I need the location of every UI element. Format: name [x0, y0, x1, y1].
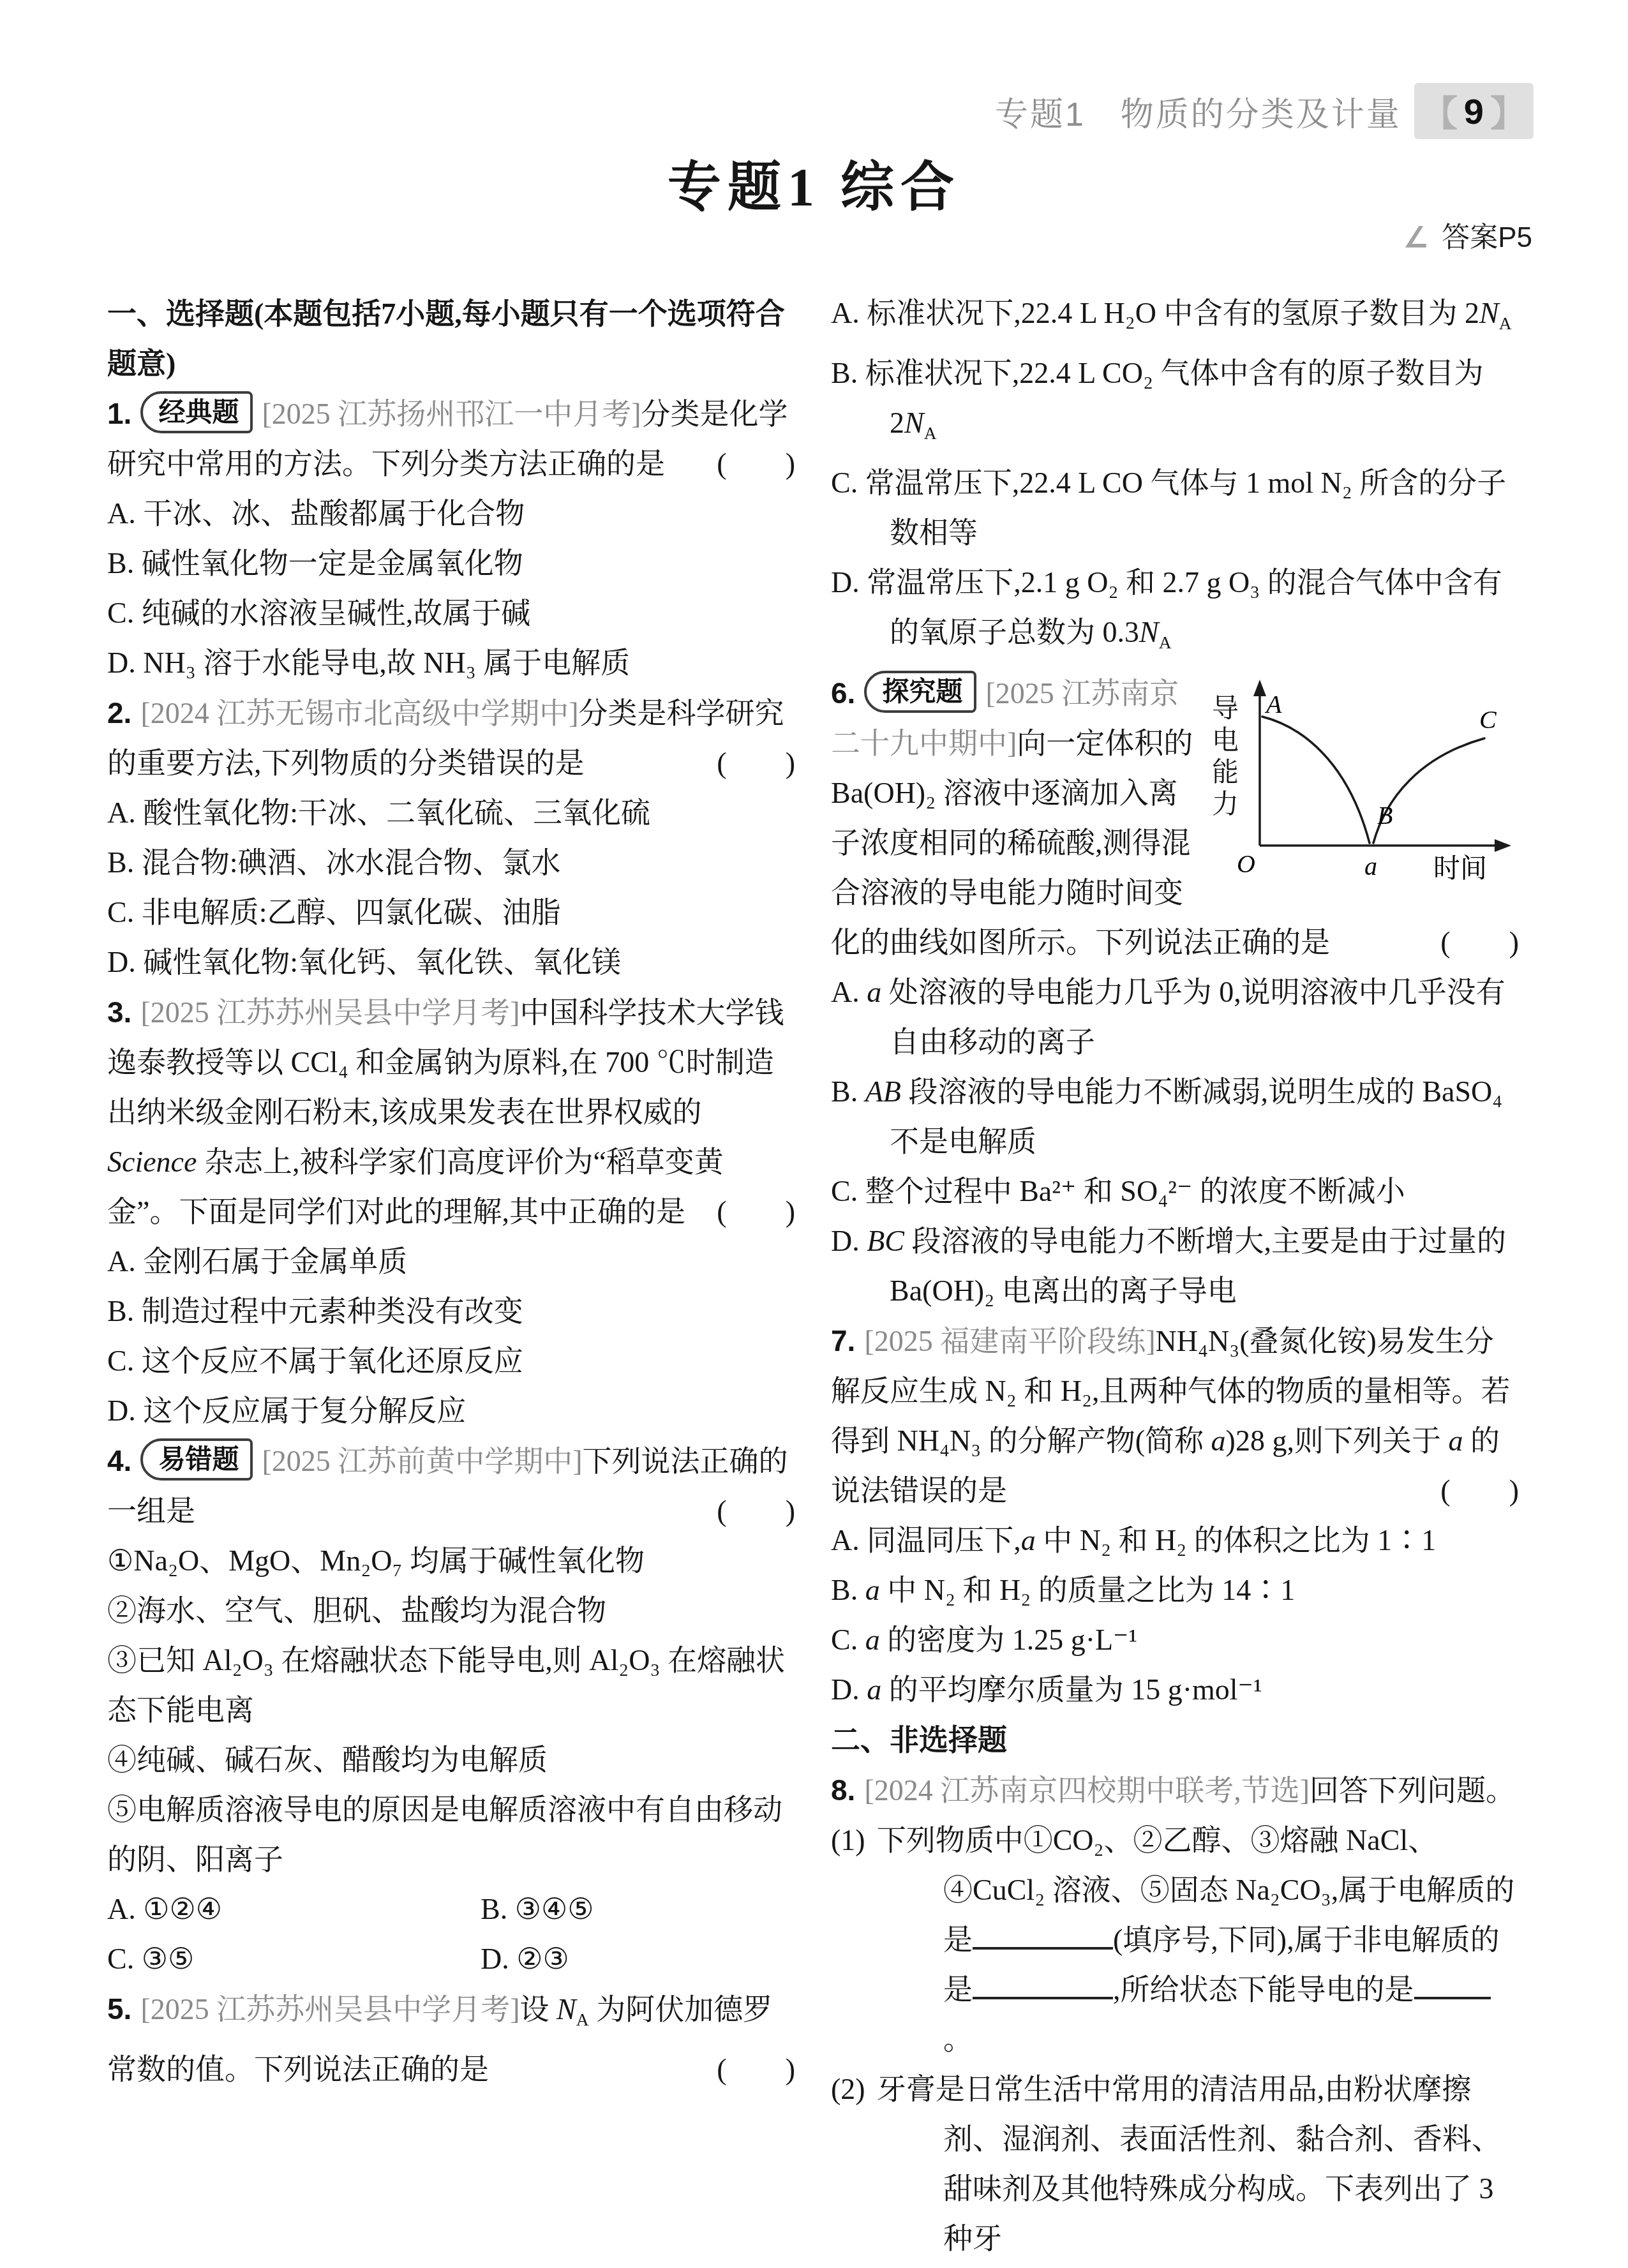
- option-d: D. BC 段溶液的导电能力不断增大,主要是由于过量的 Ba(OH)₂ 电离出的…: [831, 1216, 1519, 1316]
- option-a: A. 干冰、冰、盐酸都属于化合物: [107, 489, 795, 539]
- question-stem: 8.[2024 江苏南京四校期中联考,节选]回答下列问题。: [831, 1765, 1519, 1816]
- option-d: D. NH₃ 溶于水能导电,故 NH₃ 属于电解质: [107, 638, 795, 688]
- option-d: D. a 的平均摩尔质量为 15 g·mol⁻¹: [831, 1665, 1519, 1715]
- option-c: C. 常温常压下,22.4 L CO 气体与 1 mol N₂ 所含的分子数相等: [831, 458, 1519, 558]
- option-d: D. 常温常压下,2.1 g O₂ 和 2.7 g O₃ 的混合气体中含有的氧原…: [831, 558, 1519, 668]
- question-stem: 1.经典题[2025 江苏扬州邗江一中月考]分类是化学研究中常用的方法。下列分类…: [107, 389, 795, 489]
- question-source: [2025 江苏扬州邗江一中月考]: [262, 398, 641, 430]
- numbered-item-5: ⑤电解质溶液导电的原因是电解质溶液中有自由移动的阴、阳离子: [107, 1785, 795, 1884]
- question-source: [2024 江苏南京四校期中联考,节选]: [864, 1774, 1310, 1807]
- choice-b: B. ③④⑤: [481, 1884, 594, 1934]
- page-header: 专题1 物质的分类及计量 【 9 】: [995, 83, 1534, 139]
- question-2: 2.[2024 江苏无锡市北高级中学期中]分类是科学研究的重要方法,下列物质的分…: [107, 688, 795, 987]
- option-a: A. 标准状况下,22.4 L H₂O 中含有的氢原子数目为 2NA: [831, 288, 1519, 348]
- section-heading-choice: 一、选择题(本题包括7小题,每小题只有一个选项符合题意): [107, 288, 795, 389]
- question-number: 3.: [107, 996, 131, 1029]
- numbered-item-2: ②海水、空气、胆矾、盐酸均为混合物: [107, 1586, 795, 1636]
- answer-paren: ( ): [717, 439, 795, 489]
- section-heading-label: 一、选择题: [107, 297, 254, 330]
- question-source: [2024 江苏无锡市北高级中学期中]: [140, 697, 578, 729]
- chapter-title: 专题1 物质的分类及计量: [995, 87, 1401, 135]
- graph-canvas: A B C O a 时间: [1206, 672, 1519, 883]
- option-c: C. 这个反应不属于氧化还原反应: [107, 1336, 795, 1386]
- choice-d: D. ②③: [481, 1934, 569, 1984]
- origin-label: O: [1237, 849, 1255, 878]
- y-axis-label: 导电能力: [1209, 694, 1237, 821]
- option-c: C. 纯碱的水溶液呈碱性,故属于碱: [107, 588, 795, 638]
- question-number: 6.: [831, 676, 855, 710]
- question-number: 4.: [107, 1444, 131, 1477]
- answer-blank[interactable]: [1414, 1993, 1491, 1999]
- question-7: 7.[2025 福建南平阶段练]NH₄N₃(叠氮化铵)易发生分解反应生成 N₂ …: [831, 1316, 1519, 1715]
- conductivity-graph: A B C O a 时间 导电能力: [1206, 672, 1519, 883]
- stem-text: 回答下列问题。: [1310, 1774, 1515, 1807]
- question-5: 5.[2025 江苏苏州吴县中学月考]设 NA 为阿伏加德罗常数的值。下列说法正…: [107, 1984, 795, 2094]
- question-stem: 3.[2025 江苏苏州吴县中学月考]中国科学技术大学钱逸泰教授等以 CCl₄ …: [107, 987, 795, 1237]
- badge-bracket-right: 】: [1490, 86, 1526, 137]
- subquestion-text: ,所给状态下能导电的是: [1113, 1973, 1414, 2006]
- choice-a: A. ①②④: [107, 1884, 481, 1934]
- subquestion-2: (2)牙膏是日常生活中常用的清洁用品,由粉状摩擦剂、湿润剂、表面活性剂、黏合剂、…: [831, 2064, 1519, 2264]
- option-a: A. a 处溶液的导电能力几乎为 0,说明溶液中几乎没有自由移动的离子: [831, 967, 1519, 1067]
- question-stem: 2.[2024 江苏无锡市北高级中学期中]分类是科学研究的重要方法,下列物质的分…: [107, 688, 795, 788]
- question-stem: 4.易错题[2025 江苏前黄中学期中]下列说法正确的一组是( ): [107, 1436, 795, 1536]
- column-left: 一、选择题(本题包括7小题,每小题只有一个选项符合题意) 1.经典题[2025 …: [107, 288, 795, 2094]
- answer-paren: ( ): [1440, 918, 1519, 967]
- x-axis-label: 时间: [1433, 854, 1487, 883]
- choice-row-1: A. ①②④ B. ③④⑤: [107, 1884, 795, 1934]
- question-source: [2025 江苏前黄中学期中]: [262, 1445, 582, 1477]
- question-number: 5.: [107, 1992, 131, 2026]
- page-number-badge: 【 9 】: [1414, 83, 1534, 139]
- choice-c: C. ③⑤: [107, 1934, 481, 1984]
- option-b: B. AB 段溶液的导电能力不断减弱,说明生成的 BaSO₄ 不是电解质: [831, 1067, 1519, 1167]
- question-number: 7.: [831, 1324, 855, 1357]
- subquestion-marker: (1): [831, 1824, 865, 1856]
- stem-text: 中国科学技术大学钱逸泰教授等以 CCl₄ 和金属钠为原料,在 700 ℃时制造出…: [107, 996, 784, 1228]
- question-number: 1.: [107, 397, 131, 430]
- option-c: C. 非电解质:乙醇、四氯化碳、油脂: [107, 888, 795, 937]
- option-c: C. 整个过程中 Ba²⁺ 和 SO₄²⁻ 的浓度不断减小: [831, 1167, 1519, 1216]
- workbook-page: 专题1 物质的分类及计量 【 9 】 专题1 综合 ∠ 答案P5 一、选择题(本…: [0, 0, 1628, 2268]
- page-number: 9: [1464, 91, 1484, 132]
- answer-blank[interactable]: [973, 1993, 1113, 1999]
- option-a: A. 酸性氧化物:干冰、二氧化硫、三氧化硫: [107, 788, 795, 838]
- question-number: 8.: [831, 1773, 855, 1807]
- answer-corner-icon: ∠: [1403, 222, 1428, 253]
- answer-reference: ∠ 答案P5: [1403, 214, 1532, 255]
- page-title: 专题1 综合: [0, 144, 1628, 221]
- answer-reference-label: 答案P5: [1442, 222, 1532, 253]
- point-label-a-top: A: [1264, 690, 1282, 719]
- option-a: A. 金刚石属于金属单质: [107, 1237, 795, 1287]
- point-label-b: B: [1377, 801, 1393, 830]
- subquestion-marker: (2): [831, 2073, 865, 2105]
- option-a: A. 同温同压下,a 中 N₂ 和 H₂ 的体积之比为 1∶1: [831, 1516, 1519, 1565]
- option-c: C. a 的密度为 1.25 g·L⁻¹: [831, 1615, 1519, 1665]
- section-heading-free: 二、非选择题: [831, 1715, 1519, 1765]
- x-axis-arrow: [1495, 839, 1511, 852]
- question-stem: 7.[2025 福建南平阶段练]NH₄N₃(叠氮化铵)易发生分解反应生成 N₂ …: [831, 1316, 1519, 1516]
- numbered-item-4: ④纯碱、碱石灰、醋酸均为电解质: [107, 1735, 795, 1785]
- numbered-item-1: ①Na₂O、MgO、Mn₂O₇ 均属于碱性氧化物: [107, 1536, 795, 1586]
- choice-row-2: C. ③⑤ D. ②③: [107, 1934, 795, 1984]
- question-number: 2.: [107, 696, 131, 729]
- subquestion-1: (1)下列物质中①CO₂、②乙醇、③熔融 NaCl、④CuCl₂ 溶液、⑤固态 …: [831, 1816, 1519, 2064]
- question-6: A B C O a 时间 导电能力 6.探究题[2025 江苏南京二十九中期中]…: [831, 668, 1519, 1316]
- answer-paren: ( ): [717, 1486, 795, 1536]
- section-heading-label: 二、非选择题: [831, 1723, 1007, 1756]
- numbered-item-3: ③已知 Al₂O₃ 在熔融状态下能导电,则 Al₂O₃ 在熔融状态下能电离: [107, 1636, 795, 1735]
- option-b: B. 碱性氧化物一定是金属氧化物: [107, 539, 795, 588]
- question-5-options: A. 标准状况下,22.4 L H₂O 中含有的氢原子数目为 2NA B. 标准…: [831, 288, 1519, 668]
- question-stem: 5.[2025 江苏苏州吴县中学月考]设 NA 为阿伏加德罗常数的值。下列说法正…: [107, 1984, 795, 2094]
- option-b: B. a 中 N₂ 和 H₂ 的质量之比为 14∶1: [831, 1565, 1519, 1615]
- question-source: [2025 江苏苏州吴县中学月考]: [140, 996, 519, 1029]
- x-tick-label-a: a: [1364, 852, 1377, 881]
- question-1: 1.经典题[2025 江苏扬州邗江一中月考]分类是化学研究中常用的方法。下列分类…: [107, 389, 795, 688]
- column-right: A. 标准状况下,22.4 L H₂O 中含有的氢原子数目为 2NA B. 标准…: [831, 288, 1519, 2264]
- question-3: 3.[2025 江苏苏州吴县中学月考]中国科学技术大学钱逸泰教授等以 CCl₄ …: [107, 987, 795, 1436]
- option-b: B. 混合物:碘酒、冰水混合物、氯水: [107, 838, 795, 888]
- point-label-c: C: [1479, 705, 1497, 734]
- question-badge: 易错题: [140, 1438, 253, 1481]
- question-source: [2025 江苏苏州吴县中学月考]: [140, 1993, 519, 2026]
- subquestion-text: 牙膏是日常生活中常用的清洁用品,由粉状摩擦剂、湿润剂、表面活性剂、黏合剂、香料、…: [877, 2073, 1501, 2255]
- question-8: 8.[2024 江苏南京四校期中联考,节选]回答下列问题。 (1)下列物质中①C…: [831, 1765, 1519, 2264]
- option-d: D. 这个反应属于复分解反应: [107, 1386, 795, 1436]
- badge-bracket-left: 【: [1422, 86, 1458, 137]
- question-badge: 探究题: [864, 671, 976, 713]
- answer-paren: ( ): [1440, 1466, 1519, 1516]
- option-b: B. 标准状况下,22.4 L CO₂ 气体中含有的原子数目为 2NA: [831, 348, 1519, 458]
- answer-paren: ( ): [717, 1187, 795, 1237]
- question-badge: 经典题: [140, 391, 253, 433]
- question-source: [2025 福建南平阶段练]: [864, 1325, 1155, 1357]
- option-b: B. 制造过程中元素种类没有改变: [107, 1287, 795, 1336]
- question-4: 4.易错题[2025 江苏前黄中学期中]下列说法正确的一组是( ) ①Na₂O、…: [107, 1436, 795, 1984]
- subquestion-text: 。: [943, 2023, 973, 2055]
- option-d: D. 碱性氧化物:氧化钙、氧化铁、氧化镁: [107, 937, 795, 987]
- answer-paren: ( ): [717, 738, 795, 788]
- answer-paren: ( ): [717, 2045, 795, 2094]
- curve-descending-ab: [1262, 717, 1370, 843]
- answer-blank[interactable]: [973, 1943, 1113, 1950]
